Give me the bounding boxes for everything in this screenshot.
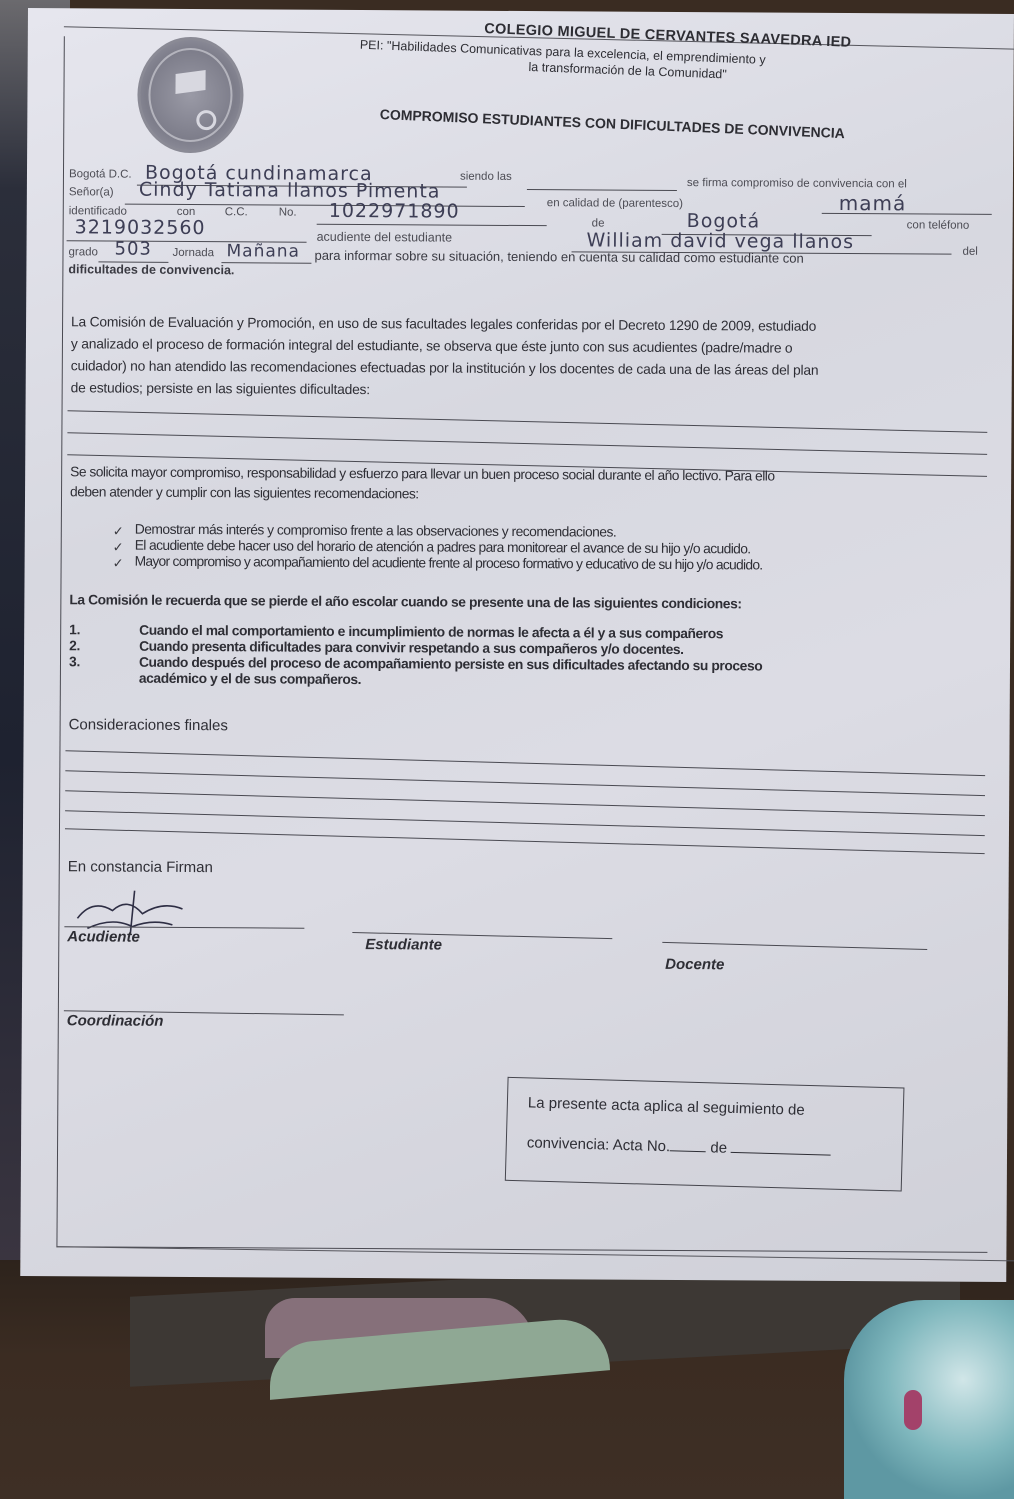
expedida-value[interactable]: Bogotá	[687, 210, 761, 232]
firma-text: se firma compromiso de convivencia con e…	[687, 177, 907, 190]
acta-no-field[interactable]	[670, 1138, 706, 1152]
document-paper: COLEGIO MIGUEL DE CERVANTES SAAVEDRA IED…	[20, 8, 1014, 1282]
jornada-value[interactable]: Mañana	[226, 241, 300, 261]
de-label: de	[592, 217, 605, 229]
constancia-label: En constancia Firman	[68, 858, 213, 876]
no-label: No.	[279, 207, 297, 219]
acta-line-1: La presente acta aplica al seguimiento d…	[528, 1094, 805, 1118]
condition-2-num: 2.	[69, 638, 80, 653]
condition-3-num: 3.	[69, 654, 80, 669]
acta-de-field[interactable]	[731, 1140, 831, 1156]
docente-label: Docente	[665, 956, 724, 973]
paragraph1-line4: de estudios; persiste en las siguientes …	[71, 380, 370, 397]
grado-value[interactable]: 503	[114, 239, 151, 260]
consideraciones-label: Consideraciones finales	[69, 716, 228, 734]
estudiante-label: Estudiante	[365, 936, 442, 953]
coordinacion-label: Coordinación	[67, 1012, 164, 1030]
informar-text: para informar sobre su situación, tenien…	[314, 248, 803, 266]
parentesco-value[interactable]: mamá	[839, 191, 907, 215]
id-value[interactable]: 1022971890	[329, 200, 460, 223]
senor-value[interactable]: Cindy Tatiana llanos Pimenta	[139, 179, 441, 203]
recommendation-1: Demostrar más interés y compromiso frent…	[135, 522, 617, 540]
school-crest-icon	[137, 37, 244, 154]
dificultades-text: dificultades de convivencia.	[68, 262, 234, 277]
acudiente-label: Acudiente	[67, 928, 140, 945]
siendo-label: siendo las	[460, 171, 512, 183]
senor-label: Señor(a)	[69, 186, 114, 198]
telefono-value[interactable]: 3219032560	[75, 216, 206, 239]
en-calidad-label: en calidad de (parentesco)	[547, 197, 683, 210]
check-icon: ✓	[113, 524, 124, 540]
acta-box: La presente acta aplica al seguimiento d…	[505, 1077, 905, 1192]
cc-label: C.C.	[225, 206, 248, 218]
acta-de-label: de	[710, 1139, 727, 1156]
condition-1-num: 1.	[69, 622, 80, 637]
background-blanket	[844, 1300, 1014, 1499]
paragraph2-line2: deben atender y cumplir con las siguient…	[70, 484, 419, 501]
grado-label: grado	[68, 246, 97, 258]
del-label: del	[962, 246, 977, 258]
check-icon: ✓	[113, 556, 124, 572]
acudiente-label: acudiente del estudiante	[317, 230, 453, 245]
check-icon: ✓	[113, 540, 124, 556]
acta-line-2: convivencia: Acta No. de	[527, 1134, 832, 1159]
condition-3-cont: académico y el de sus compañeros.	[139, 671, 361, 687]
jornada-label: Jornada	[172, 247, 214, 259]
acta-no-label: convivencia: Acta No.	[527, 1134, 671, 1155]
city-label: Bogotá D.C.	[69, 168, 132, 180]
telefono-label: con teléfono	[907, 219, 970, 231]
